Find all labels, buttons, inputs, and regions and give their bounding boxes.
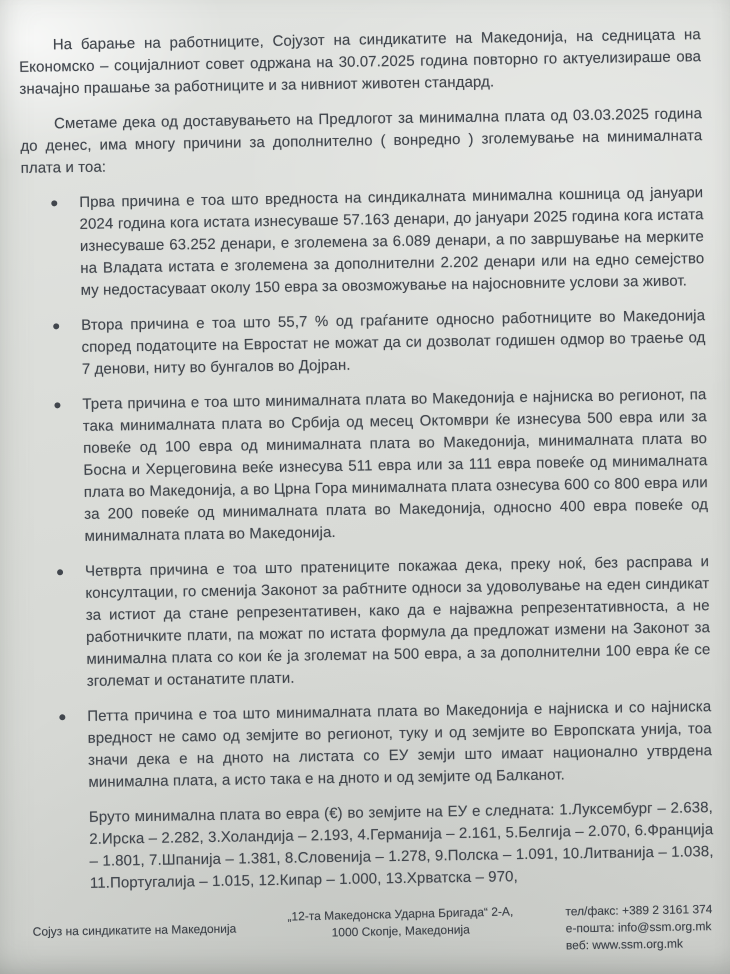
bullet-text: Трета причина е тоа што минималната плат… bbox=[82, 384, 708, 548]
bullet-icon bbox=[57, 569, 63, 575]
paragraph-reasons-lead: Сметаме дека од доставувањето на Предлог… bbox=[20, 103, 703, 180]
bullet-item-fourth-reason: Четврта причина е тоа што пратениците по… bbox=[27, 551, 711, 694]
bullet-text: Втора причина е тоа што 55,7 % од граѓан… bbox=[81, 305, 706, 381]
closing-paragraph-eu-wages: Бруто минимална плата во евра (€) во зем… bbox=[89, 797, 714, 895]
paragraph-intro: На барање на работниците, Сојузот на син… bbox=[19, 24, 702, 101]
footer-web: веб: www.ssm.org.mk bbox=[566, 935, 713, 954]
bullet-item-fifth-reason: Петта причина е тоа што минималната плат… bbox=[29, 696, 712, 795]
footer: Сојуз на синдикатите на Македонија „12-т… bbox=[32, 901, 715, 963]
bullet-text: Петта причина е тоа што минималната плат… bbox=[87, 696, 712, 794]
footer-email: е-пошта: info@ssm.org.mk bbox=[566, 918, 713, 937]
footer-organization: Сојуз на синдикатите на Македонија bbox=[32, 909, 236, 941]
document-page: На барање на работниците, Сојузот на син… bbox=[0, 0, 730, 974]
bullet-text: Четврта причина е тоа што пратениците по… bbox=[85, 551, 711, 693]
document-sheet: На барање на работниците, Сојузот на син… bbox=[19, 24, 716, 974]
bullet-icon bbox=[51, 200, 57, 206]
bullet-item-third-reason: Трета причина е тоа што минималната плат… bbox=[24, 384, 708, 549]
bullet-icon bbox=[54, 402, 60, 408]
bullet-icon bbox=[59, 714, 65, 720]
footer-address: „12-та Македонска Ударна Бригада“ 2-А, 1… bbox=[288, 903, 515, 942]
document-content: На барање на работниците, Сојузот на син… bbox=[19, 24, 714, 896]
bullet-item-first-reason: Прва причина е тоа што вредноста на синд… bbox=[21, 182, 705, 303]
bullet-icon bbox=[53, 323, 59, 329]
bullet-text: Прва причина е тоа што вредноста на синд… bbox=[79, 182, 705, 302]
footer-contact: тел/факс: +389 2 3161 374 е-пошта: info@… bbox=[565, 901, 715, 954]
bullet-item-second-reason: Втора причина е тоа што 55,7 % од граѓан… bbox=[23, 305, 706, 382]
